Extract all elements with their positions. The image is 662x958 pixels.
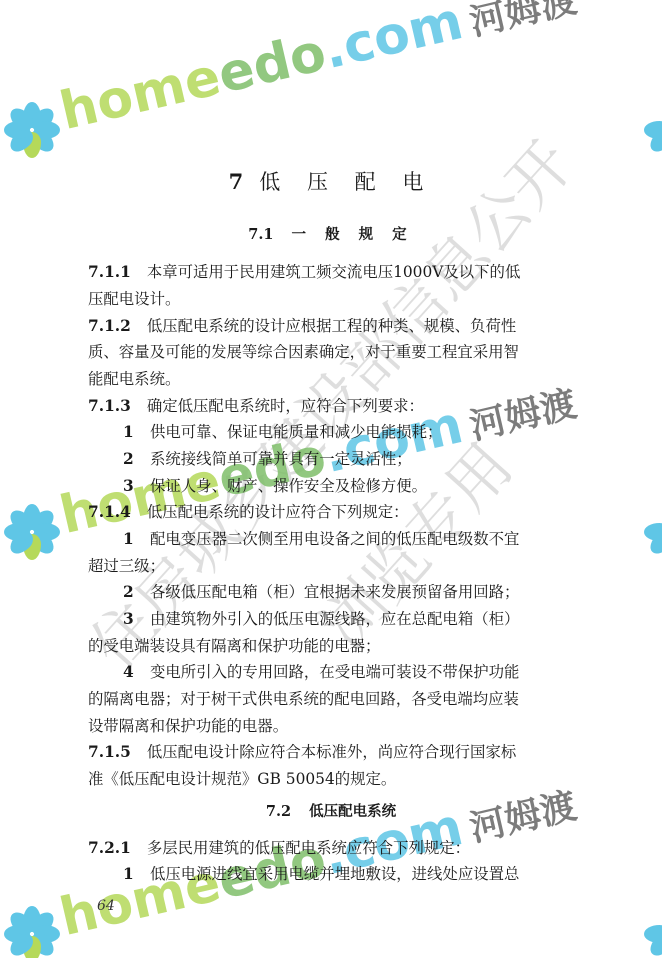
section-title: 7.2低压配电系统: [0, 800, 662, 821]
text-line: 4变电所引入的专用回路，在受电端可装设不带保护功能: [88, 662, 588, 682]
document-page: 住房城乡建设部信息公开 浏览专用 homeedo.com河姆渡 homeedo.…: [0, 0, 662, 958]
text-line: 7.1.4低压配电系统的设计应符合下列规定：: [88, 502, 588, 522]
text-line: 能配电系统。: [88, 369, 588, 389]
text-line: 7.1.3确定低压配电系统时，应符合下列要求：: [88, 396, 588, 416]
section-title: 7.1一 般 规 定: [0, 223, 662, 244]
homedo-flower-icon: [0, 902, 64, 958]
text-line: 2各级低压配电箱（柜）宜根据未来发展预留备用回路；: [88, 582, 588, 602]
text-line: 7.1.2低压配电系统的设计应根据工程的种类、规模、负荷性: [88, 316, 588, 336]
text-line: 压配电设计。: [88, 289, 588, 309]
text-line: 7.2.1多层民用建筑的低压配电系统应符合下列规定：: [88, 838, 588, 858]
text-line: 准《低压配电设计规范》GB 50054的规定。: [88, 769, 588, 789]
text-line: 3保证人身、财产、操作安全及检修方便。: [88, 476, 588, 496]
chapter-number: 7: [229, 169, 244, 194]
text-line: 1低压电源进线宜采用电缆并埋地敷设，进线处应设置总: [88, 864, 588, 884]
chapter-name: 低 压 配 电: [259, 170, 433, 194]
homedo-flower-icon: [0, 500, 64, 564]
text-line: 设带隔离和保护功能的电器。: [88, 716, 588, 736]
text-line: 的受电端装设具有隔离和保护功能的电器；: [88, 636, 588, 656]
text-line: 7.1.5低压配电设计除应符合本标准外，尚应符合现行国家标: [88, 742, 588, 762]
homedo-watermark-top: homeedo.com河姆渡: [55, 0, 582, 142]
text-line: 的隔离电器；对于树干式供电系统的配电回路，各受电端均应装: [88, 689, 588, 709]
homedo-watermark-bottom: homeedo.com河姆渡: [55, 771, 582, 948]
text-line: 质、容量及可能的发展等综合因素确定，对于重要工程宜采用智: [88, 342, 588, 362]
homedo-flower-icon: [640, 500, 662, 564]
text-line: 超过三级；: [88, 556, 588, 576]
text-line: 1配电变压器二次侧至用电设备之间的低压配电级数不宜: [88, 529, 588, 549]
text-line: 2系统接线简单可靠并具有一定灵活性；: [88, 449, 588, 469]
homedo-flower-icon: [640, 902, 662, 958]
chapter-title: 7低 压 配 电: [0, 166, 662, 196]
text-line: 1供电可靠、保证电能质量和减少电能损耗；: [88, 422, 588, 442]
text-line: 3由建筑物外引入的低压电源线路，应在总配电箱（柜）: [88, 609, 588, 629]
page-number: 64: [97, 898, 115, 914]
homedo-flower-icon: [640, 98, 662, 162]
homedo-flower-icon: [0, 98, 64, 162]
text-line: 7.1.1本章可适用于民用建筑工频交流电压1000V及以下的低: [88, 262, 588, 282]
